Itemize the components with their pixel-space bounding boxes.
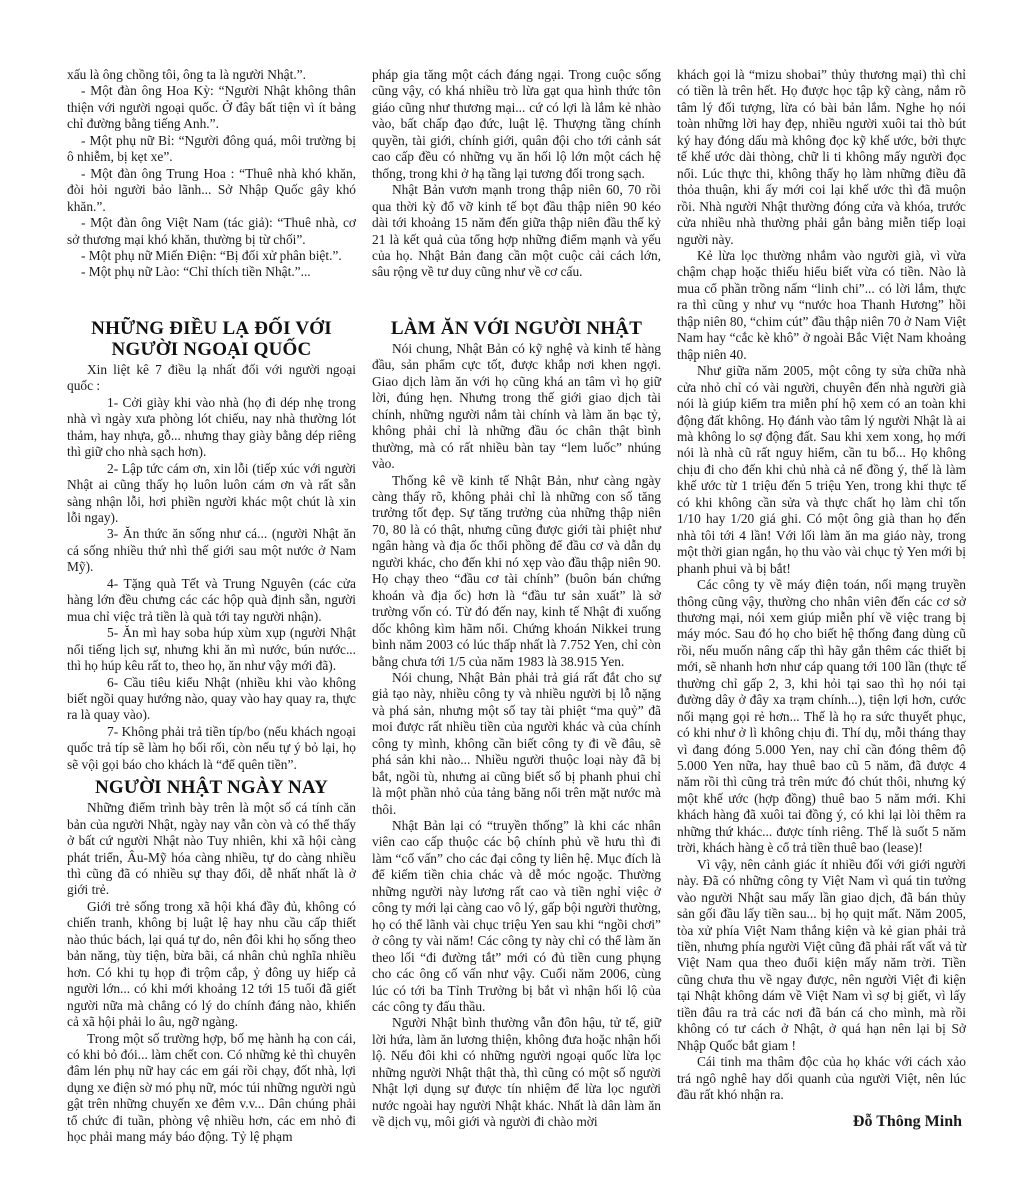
section-heading: LÀM ĂN VỚI NGƯỜI NHẬT: [372, 318, 661, 339]
paragraph: Xin liệt kê 7 điều lạ nhất đối với người…: [67, 362, 356, 395]
paragraph: Giới trẻ sống trong xã hội khá đầy đủ, k…: [67, 899, 356, 1031]
quote-chinese-man: - Một đàn ông Trung Hoa : “Thuê nhà khó …: [67, 166, 356, 215]
paragraph: Vì vậy, nên cảnh giác ít nhiều đối với g…: [677, 857, 966, 1054]
paragraph: Thống kê về kinh tế Nhật Bản, như càng n…: [372, 473, 661, 670]
list-item: 4- Tặng quà Tết và Trung Nguyên (các cửa…: [67, 576, 356, 625]
paragraph: Các công ty về máy điện toán, nối mạng t…: [677, 577, 966, 857]
paragraph: Nói chung, Nhật Bản phải trả giá rất đắt…: [372, 670, 661, 818]
column-1: xấu là ông chồng tôi, ông ta là người Nh…: [67, 67, 356, 1146]
quote-belgian-woman: - Một phụ nữ Bỉ: “Người đông quá, môi tr…: [67, 133, 356, 166]
paragraph: Kẻ lừa lọc thường nhắm vào người già, vì…: [677, 248, 966, 363]
list-item: 7- Không phải trả tiền típ/bo (nếu khách…: [67, 724, 356, 773]
column-2: pháp gia tăng một cách đáng ngại. Trong …: [372, 67, 661, 1131]
list-item: 5- Ăn mì hay soba húp xùm xụp (người Nhậ…: [67, 625, 356, 674]
list-item: 6- Cầu tiêu kiểu Nhật (nhiều khi vào khô…: [67, 675, 356, 724]
paragraph: Nhật Bản lại có “truyền thống” là khi cá…: [372, 818, 661, 1015]
section-heading: NHỮNG ĐIỀU LẠ ĐỐI VỚI NGƯỜI NGOẠI QUỐC: [67, 318, 356, 360]
paragraph: Những điểm trình bày trên là một số cá t…: [67, 800, 356, 899]
paragraph: Người Nhật bình thường vẫn đôn hậu, tử t…: [372, 1015, 661, 1130]
list-item: 3- Ăn thức ăn sống như cá... (người Nhật…: [67, 526, 356, 575]
quote-lao-woman: - Một phụ nữ Lào: “Chỉ thích tiền Nhật.”…: [67, 264, 356, 280]
magazine-page: xấu là ông chồng tôi, ông ta là người Nh…: [0, 0, 1035, 1200]
author-signature: Đỗ Thông Minh: [677, 1114, 966, 1130]
quote-burmese-woman: - Một phụ nữ Miến Điện: “Bị đối xử phân …: [67, 248, 356, 264]
column-3: khách gọi là “mizu shobai” thủy thương m…: [677, 67, 966, 1130]
paragraph: pháp gia tăng một cách đáng ngại. Trong …: [372, 67, 661, 182]
paragraph: xấu là ông chồng tôi, ông ta là người Nh…: [67, 67, 356, 83]
paragraph: Nhật Bản vươn mạnh trong thập niên 60, 7…: [372, 182, 661, 281]
paragraph: Trong một số trường hợp, bố mẹ hành hạ c…: [67, 1031, 356, 1146]
quote-us-man: - Một đàn ông Hoa Kỳ: “Người Nhật không …: [67, 83, 356, 132]
paragraph: Như giữa năm 2005, một công ty sửa chữa …: [677, 363, 966, 577]
paragraph: khách gọi là “mizu shobai” thủy thương m…: [677, 67, 966, 248]
list-item: 1- Cởi giày khi vào nhà (họ đi dép nhẹ t…: [67, 395, 356, 461]
paragraph: Nói chung, Nhật Bản có kỹ nghệ và kinh t…: [372, 341, 661, 473]
section-heading: NGƯỜI NHẬT NGÀY NAY: [67, 777, 356, 798]
list-item: 2- Lập tức cám ơn, xin lỗi (tiếp xúc với…: [67, 461, 356, 527]
paragraph: Cái tinh ma thâm độc của họ khác với các…: [677, 1054, 966, 1103]
quote-vietnamese-man: - Một đàn ông Việt Nam (tác giả): “Thuê …: [67, 215, 356, 248]
